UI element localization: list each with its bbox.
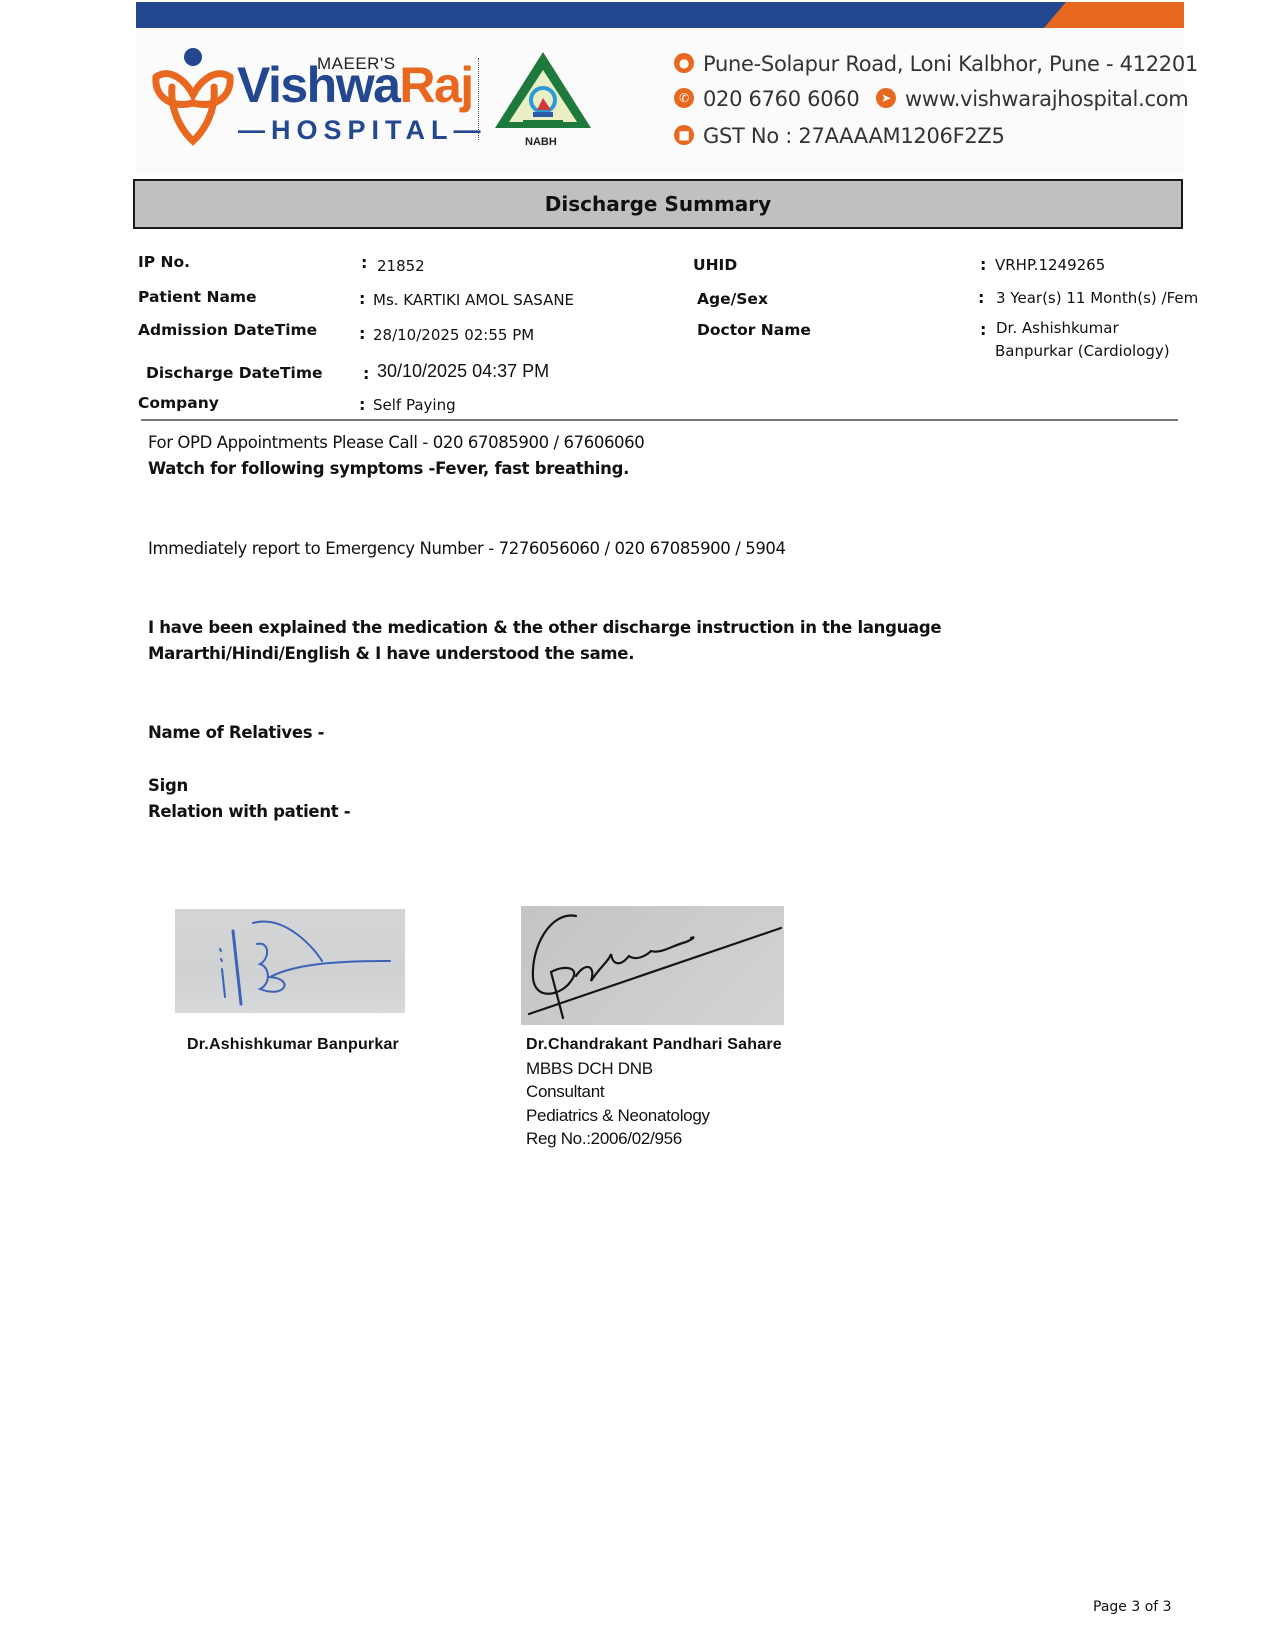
receipt-icon: ■ — [674, 125, 694, 145]
location-pin-icon: ● — [674, 53, 694, 73]
logo-divider — [478, 58, 479, 140]
phone-icon: ✆ — [674, 88, 694, 108]
value-uhid: VRHP.1249265 — [995, 256, 1105, 274]
document-title: Discharge Summary — [545, 192, 771, 216]
website-link[interactable]: ➤www.vishwarajhospital.com — [876, 87, 1188, 111]
label-age-sex: Age/Sex — [697, 290, 768, 308]
page-number: Page 3 of 3 — [1093, 1599, 1172, 1615]
label-doctor-name: Doctor Name — [697, 321, 811, 339]
value-ip-no: 21852 — [377, 257, 425, 275]
signatory-2-qualification: MBBS DCH DNB — [526, 1059, 653, 1079]
signatory-2-name: Dr.Chandrakant Pandhari Sahare — [526, 1036, 782, 1054]
signature-image-sahare — [521, 906, 784, 1025]
hospital-logo-icon — [150, 47, 236, 147]
name-of-relatives: Name of Relatives - — [148, 723, 324, 742]
brand-name-part1: Vishwa — [237, 57, 399, 113]
label-patient-name: Patient Name — [138, 288, 257, 306]
signatory-2-department: Pediatrics & Neonatology — [526, 1106, 710, 1126]
signature-image-banpurkar — [175, 909, 405, 1013]
signatory-2-designation: Consultant — [526, 1082, 604, 1102]
label-discharge-datetime: Discharge DateTime — [146, 364, 323, 382]
value-admission-datetime: 28/10/2025 02:55 PM — [373, 326, 534, 344]
label-ip-no: IP No. — [138, 253, 190, 271]
value-doctor-name-line1: Dr. Ashishkumar — [996, 319, 1119, 337]
brand-name-part2: Raj — [399, 57, 472, 113]
brand-subtitle: —HOSPITAL— — [238, 115, 487, 146]
cursor-icon: ➤ — [876, 88, 896, 108]
header-bar-blue — [136, 2, 1184, 28]
colon: : — [359, 289, 365, 308]
signatory-2-reg-no: Reg No.:2006/02/956 — [526, 1129, 682, 1149]
relation-with-patient: Relation with patient - — [148, 802, 350, 821]
colon: : — [361, 253, 367, 272]
opd-appointments: For OPD Appointments Please Call - 020 6… — [148, 433, 644, 452]
colon: : — [359, 395, 365, 414]
colon: : — [980, 320, 986, 339]
consent-line-1: I have been explained the medication & t… — [148, 618, 941, 637]
colon: : — [980, 255, 986, 274]
nabh-label: NABH — [525, 136, 557, 148]
colon: : — [359, 324, 365, 343]
colon: : — [978, 288, 984, 307]
brand-name: VishwaRaj — [237, 60, 473, 110]
value-discharge-datetime: 30/10/2025 04:37 PM — [377, 361, 549, 382]
label-admission-datetime: Admission DateTime — [138, 321, 317, 339]
emergency-number: Immediately report to Emergency Number -… — [148, 539, 786, 558]
gst-number: ■GST No : 27AAAAM1206F2Z5 — [674, 124, 1005, 148]
value-age-sex: 3 Year(s) 11 Month(s) /Fem — [996, 289, 1198, 307]
header-bar-orange — [1044, 2, 1184, 28]
letterhead: MAEER'S VishwaRaj —HOSPITAL— NABH ●Pune-… — [136, 2, 1184, 174]
label-company: Company — [138, 394, 219, 412]
colon: : — [363, 364, 369, 383]
phone: ✆020 6760 6060 — [674, 87, 859, 111]
info-separator — [141, 419, 1178, 421]
address: ●Pune-Solapur Road, Loni Kalbhor, Pune -… — [674, 52, 1198, 76]
header-color-bar — [136, 2, 1184, 28]
consent-line-2: Mararthi/Hindi/English & I have understo… — [148, 644, 634, 663]
value-company: Self Paying — [373, 396, 456, 414]
document-title-box: Discharge Summary — [133, 179, 1183, 229]
sign-label: Sign — [148, 776, 188, 795]
label-uhid: UHID — [693, 256, 737, 274]
watch-symptoms: Watch for following symptoms -Fever, fas… — [148, 459, 629, 478]
signatory-1-name: Dr.Ashishkumar Banpurkar — [187, 1036, 399, 1054]
value-doctor-name-line2: Banpurkar (Cardiology) — [995, 342, 1170, 360]
nabh-badge-icon — [493, 50, 593, 148]
value-patient-name: Ms. KARTIKI AMOL SASANE — [373, 291, 574, 309]
